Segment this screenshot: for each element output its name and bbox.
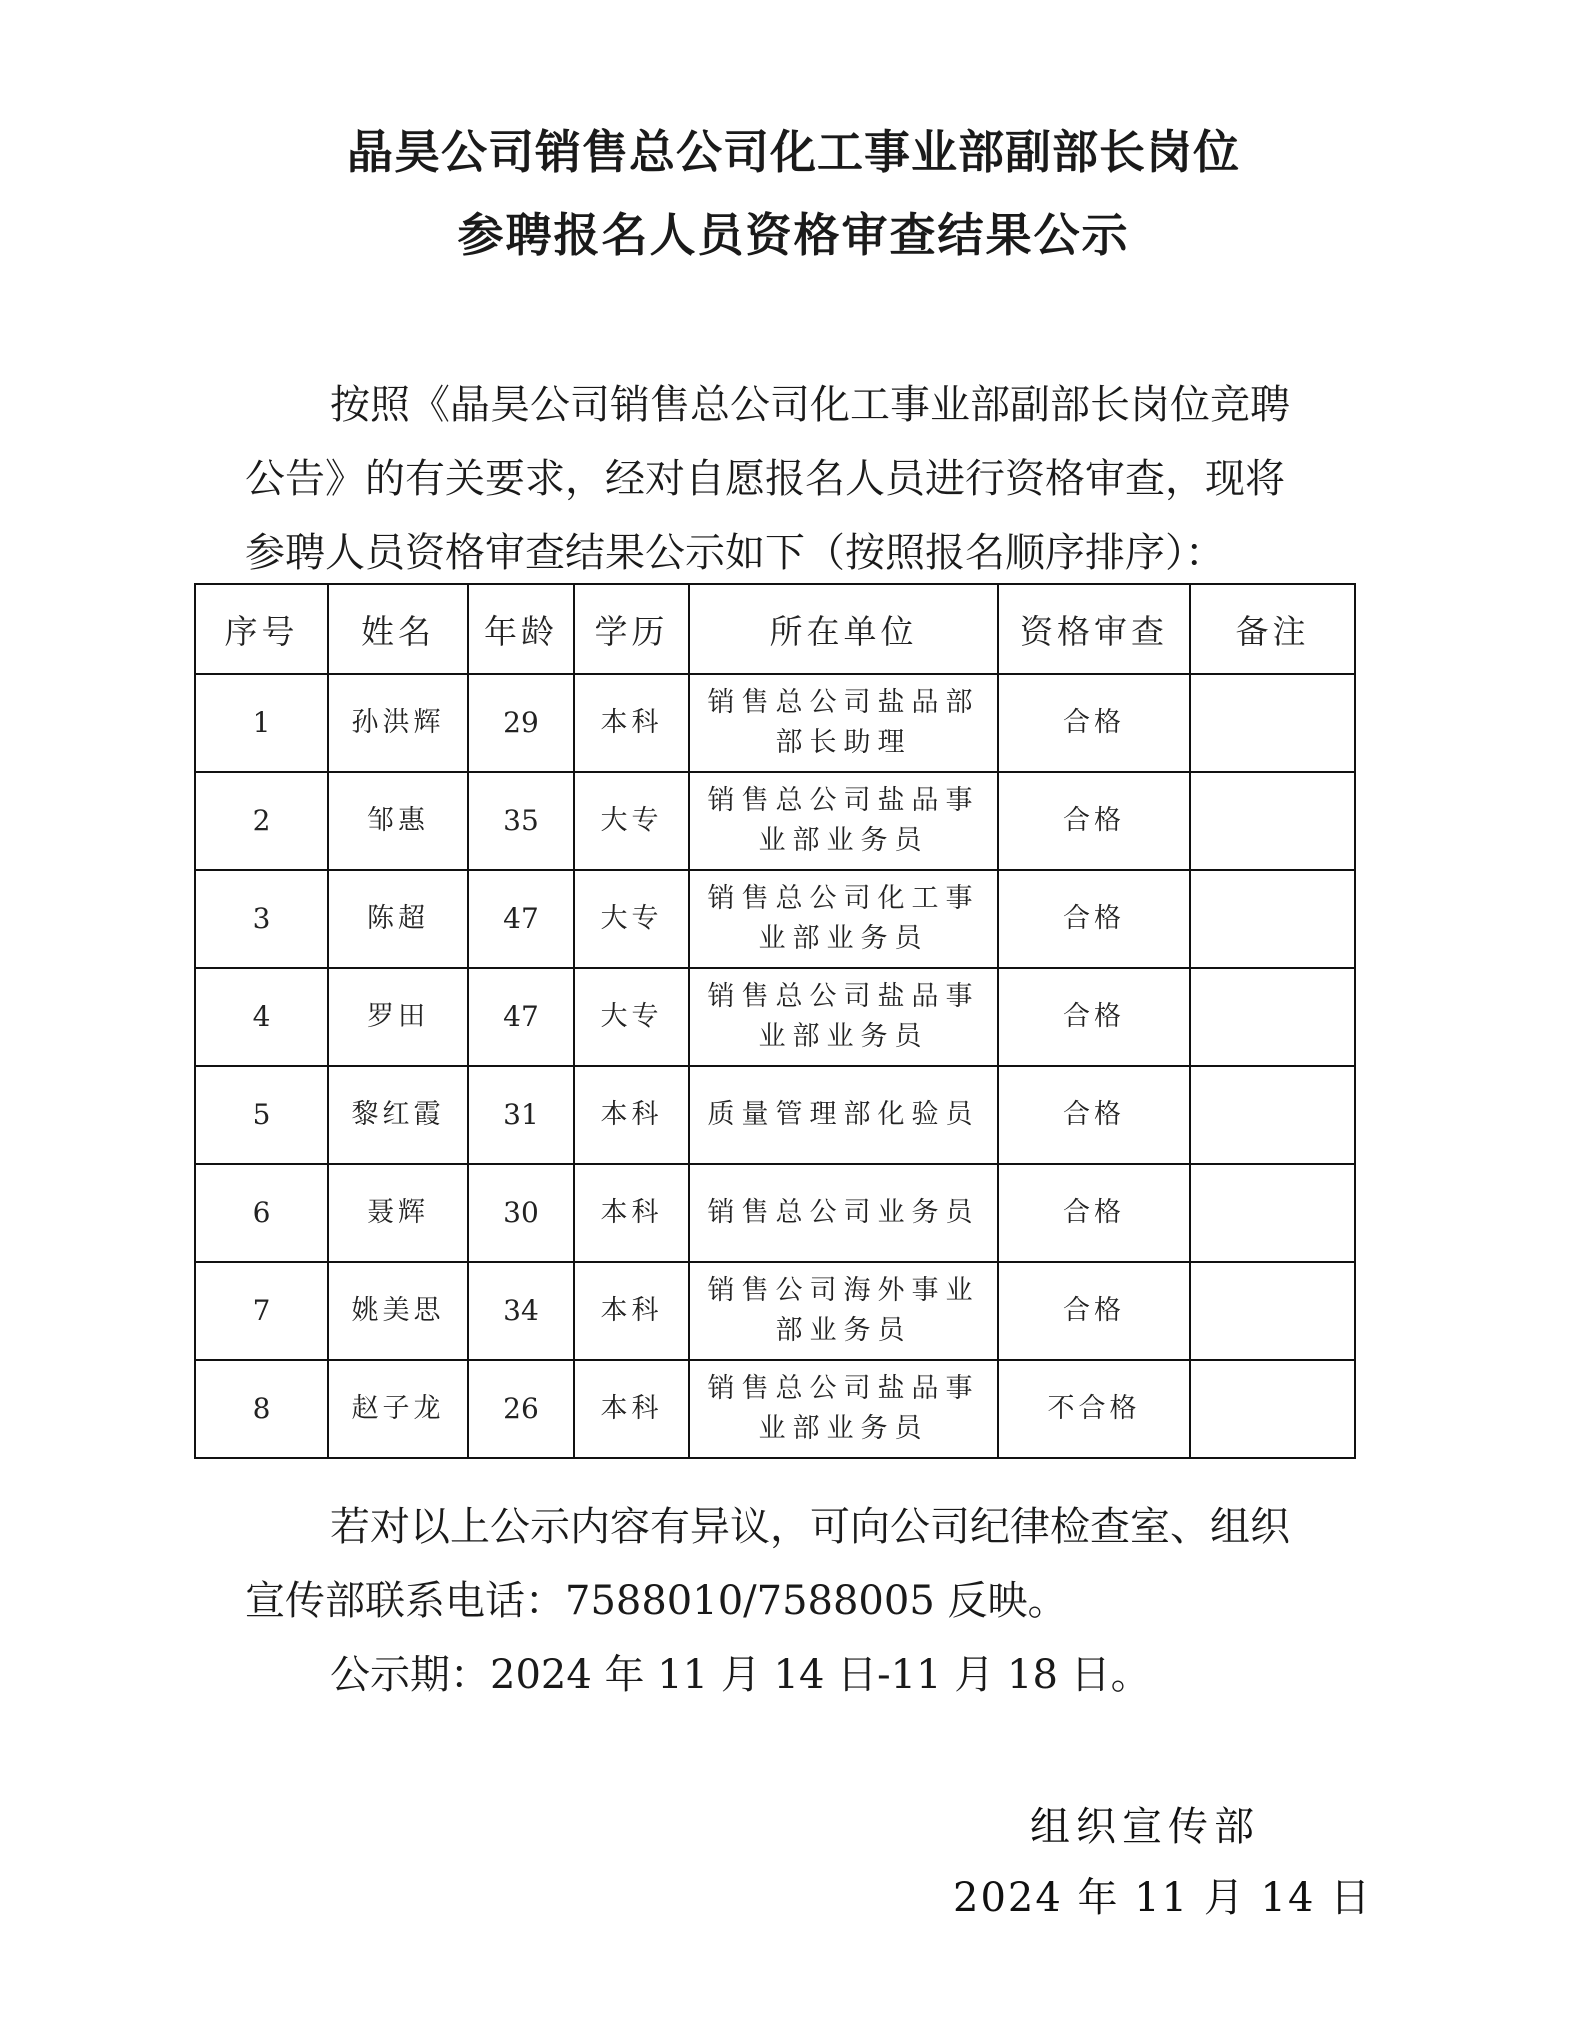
cell-name: 姚美思 <box>328 1262 468 1360</box>
cell-education: 本科 <box>574 1262 689 1360</box>
cell-remarks <box>1190 1262 1355 1360</box>
table-row: 7 姚美思 34 本科 销售公司海外事业部业务员 合格 <box>195 1262 1355 1360</box>
cell-education: 本科 <box>574 1066 689 1164</box>
cell-remarks <box>1190 1164 1355 1262</box>
cell-age: 35 <box>468 772 574 870</box>
document-title-line-1: 晶昊公司销售总公司化工事业部副部长岗位 <box>0 122 1587 182</box>
cell-review-result: 合格 <box>998 772 1190 870</box>
table-row: 2 邹惠 35 大专 销售总公司盐品事业部业务员 合格 <box>195 772 1355 870</box>
publicity-period: 公示期：2024 年 11 月 14 日-11 月 18 日。 <box>245 1638 1357 1712</box>
table-row: 1 孙洪辉 29 本科 销售总公司盐品部部长助理 合格 <box>195 674 1355 772</box>
document-title-line-2: 参聘报名人员资格审查结果公示 <box>0 205 1587 265</box>
cell-unit: 销售总公司盐品部部长助理 <box>689 674 998 772</box>
cell-name: 赵子龙 <box>328 1360 468 1458</box>
signature-date: 2024 年 11 月 14 日 <box>953 1866 1372 1923</box>
table-row: 6 聂辉 30 本科 销售总公司业务员 合格 <box>195 1164 1355 1262</box>
review-result-table: 序号 姓名 年龄 学历 所在单位 资格审查 备注 1 孙洪辉 29 本科 销售总… <box>194 583 1356 1459</box>
objection-paragraph: 若对以上公示内容有异议，可向公司纪律检查室、组织 宣传部联系电话：7588010… <box>245 1490 1357 1712</box>
table-header-row: 序号 姓名 年龄 学历 所在单位 资格审查 备注 <box>195 584 1355 674</box>
header-age: 年龄 <box>468 584 574 674</box>
cell-serial-number: 5 <box>195 1066 328 1164</box>
cell-education: 大专 <box>574 968 689 1066</box>
cell-education: 本科 <box>574 1164 689 1262</box>
cell-education: 大专 <box>574 772 689 870</box>
cell-age: 29 <box>468 674 574 772</box>
objection-line-2-contact-phone: 宣传部联系电话：7588010/7588005 反映。 <box>245 1564 1357 1638</box>
cell-name: 黎红霞 <box>328 1066 468 1164</box>
cell-unit: 销售总公司化工事业部业务员 <box>689 870 998 968</box>
cell-age: 30 <box>468 1164 574 1262</box>
cell-name: 邹惠 <box>328 772 468 870</box>
cell-review-result: 合格 <box>998 1066 1190 1164</box>
intro-line-2: 公告》的有关要求，经对自愿报名人员进行资格审查，现将 <box>245 442 1357 516</box>
table-row: 8 赵子龙 26 本科 销售总公司盐品事业部业务员 不合格 <box>195 1360 1355 1458</box>
cell-review-result: 合格 <box>998 1164 1190 1262</box>
cell-review-result: 不合格 <box>998 1360 1190 1458</box>
cell-review-result: 合格 <box>998 968 1190 1066</box>
cell-name: 陈超 <box>328 870 468 968</box>
cell-age: 26 <box>468 1360 574 1458</box>
cell-age: 31 <box>468 1066 574 1164</box>
cell-name: 孙洪辉 <box>328 674 468 772</box>
cell-remarks <box>1190 968 1355 1066</box>
header-serial-number: 序号 <box>195 584 328 674</box>
cell-age: 47 <box>468 870 574 968</box>
cell-unit: 销售总公司盐品事业部业务员 <box>689 1360 998 1458</box>
cell-unit: 销售总公司业务员 <box>689 1164 998 1262</box>
header-unit: 所在单位 <box>689 584 998 674</box>
cell-remarks <box>1190 870 1355 968</box>
cell-serial-number: 6 <box>195 1164 328 1262</box>
cell-remarks <box>1190 772 1355 870</box>
cell-name: 罗田 <box>328 968 468 1066</box>
cell-education: 本科 <box>574 674 689 772</box>
signature-department: 组织宣传部 <box>1030 1795 1260 1852</box>
header-qualification-review: 资格审查 <box>998 584 1190 674</box>
cell-serial-number: 3 <box>195 870 328 968</box>
cell-education: 本科 <box>574 1360 689 1458</box>
table-row: 5 黎红霞 31 本科 质量管理部化验员 合格 <box>195 1066 1355 1164</box>
cell-unit: 销售总公司盐品事业部业务员 <box>689 968 998 1066</box>
intro-line-1: 按照《晶昊公司销售总公司化工事业部副部长岗位竞聘 <box>245 368 1357 442</box>
cell-age: 34 <box>468 1262 574 1360</box>
cell-serial-number: 7 <box>195 1262 328 1360</box>
cell-serial-number: 8 <box>195 1360 328 1458</box>
header-name: 姓名 <box>328 584 468 674</box>
intro-paragraph: 按照《晶昊公司销售总公司化工事业部副部长岗位竞聘 公告》的有关要求，经对自愿报名… <box>245 368 1357 590</box>
table-row: 3 陈超 47 大专 销售总公司化工事业部业务员 合格 <box>195 870 1355 968</box>
cell-age: 47 <box>468 968 574 1066</box>
cell-review-result: 合格 <box>998 674 1190 772</box>
cell-education: 大专 <box>574 870 689 968</box>
cell-serial-number: 4 <box>195 968 328 1066</box>
cell-remarks <box>1190 674 1355 772</box>
cell-remarks <box>1190 1066 1355 1164</box>
cell-review-result: 合格 <box>998 870 1190 968</box>
cell-serial-number: 2 <box>195 772 328 870</box>
cell-name: 聂辉 <box>328 1164 468 1262</box>
header-remarks: 备注 <box>1190 584 1355 674</box>
cell-review-result: 合格 <box>998 1262 1190 1360</box>
intro-line-3: 参聘人员资格审查结果公示如下（按照报名顺序排序）： <box>245 516 1357 590</box>
table-row: 4 罗田 47 大专 销售总公司盐品事业部业务员 合格 <box>195 968 1355 1066</box>
cell-unit: 销售总公司盐品事业部业务员 <box>689 772 998 870</box>
cell-unit: 销售公司海外事业部业务员 <box>689 1262 998 1360</box>
cell-remarks <box>1190 1360 1355 1458</box>
cell-unit: 质量管理部化验员 <box>689 1066 998 1164</box>
cell-serial-number: 1 <box>195 674 328 772</box>
header-education: 学历 <box>574 584 689 674</box>
objection-line-1: 若对以上公示内容有异议，可向公司纪律检查室、组织 <box>245 1490 1357 1564</box>
